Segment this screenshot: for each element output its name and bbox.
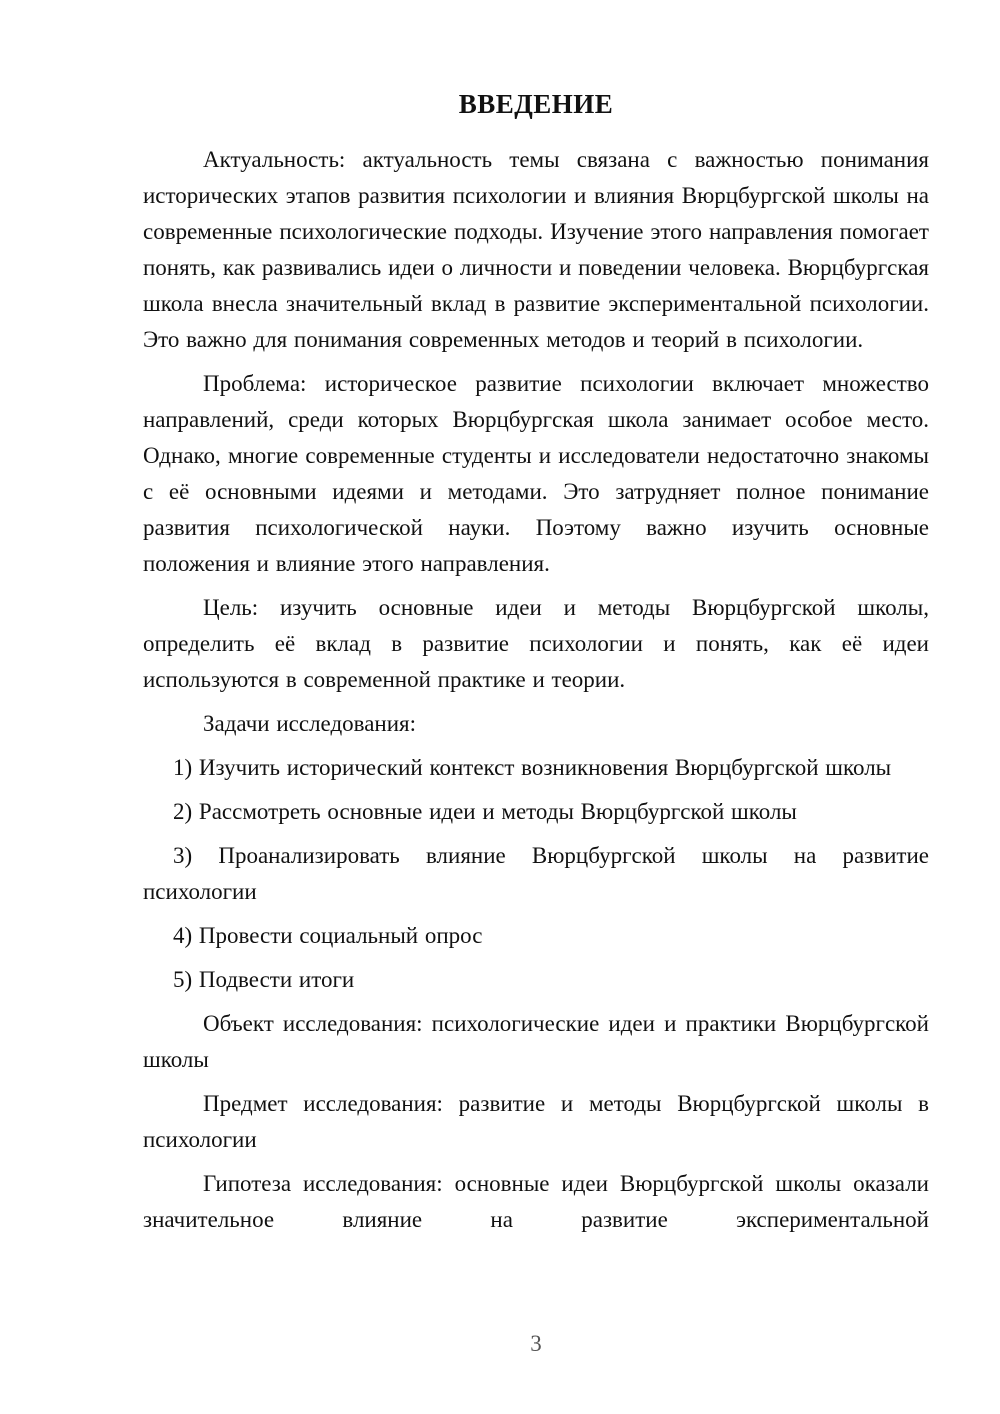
paragraph-goal: Цель: изучить основные идеи и методы Вюр…: [143, 590, 929, 698]
paragraph-problem: Проблема: историческое развитие психолог…: [143, 366, 929, 582]
task-item-2: 2) Рассмотреть основные идеи и методы Вю…: [143, 794, 929, 830]
page-number: 3: [143, 1326, 929, 1362]
task-item-3: 3) Проанализировать влияние Вюрцбургской…: [143, 838, 929, 910]
task-item-1: 1) Изучить исторический контекст возникн…: [143, 750, 929, 786]
task-item-4: 4) Провести социальный опрос: [143, 918, 929, 954]
document-page: ВВЕДЕНИЕ Актуальность: актуальность темы…: [0, 0, 1000, 1414]
paragraph-hypothesis: Гипотеза исследования: основные идеи Вюр…: [143, 1166, 929, 1238]
task-item-5: 5) Подвести итоги: [143, 962, 929, 998]
paragraph-subject: Предмет исследования: развитие и методы …: [143, 1086, 929, 1158]
paragraph-object: Объект исследования: психологические иде…: [143, 1006, 929, 1078]
tasks-heading: Задачи исследования:: [143, 706, 929, 742]
paragraph-actuality: Актуальность: актуальность темы связана …: [143, 142, 929, 358]
page-title: ВВЕДЕНИЕ: [143, 86, 929, 122]
